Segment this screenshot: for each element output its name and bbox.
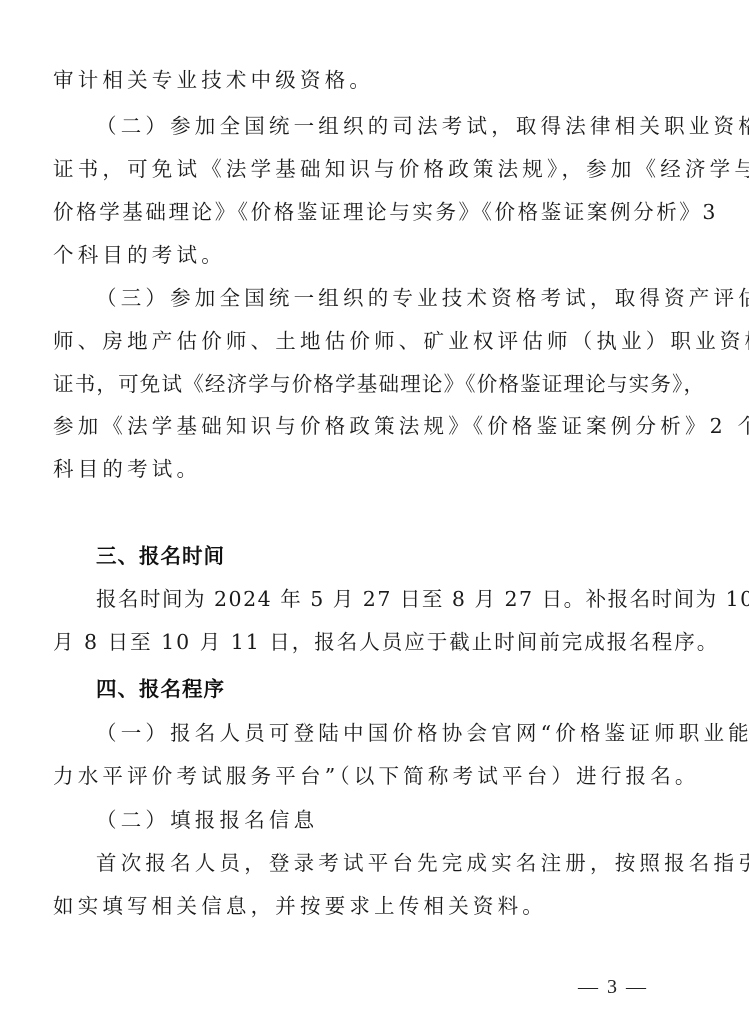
paragraph-line: 报名时间为 2024 年 5 月 27 日至 8 月 27 日。补报名时间为 1… xyxy=(96,585,693,613)
paragraph-line: 科目的考试。 xyxy=(53,455,693,483)
paragraph-line: 审计相关专业技术中级资格。 xyxy=(53,66,693,94)
paragraph-line: 证书，可免试《经济学与价格学基础理论》《价格鉴证理论与实务》， xyxy=(53,370,693,398)
paragraph-line: 首次报名人员，登录考试平台先完成实名注册，按照报名指引 xyxy=(96,849,693,877)
paragraph-line: 如实填写相关信息，并按要求上传相关资料。 xyxy=(53,892,693,920)
paragraph-line: （一）报名人员可登陆中国价格协会官网“价格鉴证师职业能 xyxy=(96,719,693,747)
paragraph-line: （三）参加全国统一组织的专业技术资格考试，取得资产评估 xyxy=(96,284,693,312)
paragraph-line: 个科目的考试。 xyxy=(53,241,693,269)
paragraph-line: （二）参加全国统一组织的司法考试，取得法律相关职业资格 xyxy=(96,112,693,140)
section-heading: 四、报名程序 xyxy=(96,675,225,703)
paragraph-line: 证书，可免试《法学基础知识与价格政策法规》，参加《经济学与 xyxy=(53,155,693,183)
paragraph-line: 价格学基础理论》《价格鉴证理论与实务》《价格鉴证案例分析》3 xyxy=(53,198,693,226)
sub-heading: （二）填报报名信息 xyxy=(96,806,693,834)
paragraph-line: 月 8 日至 10 月 11 日，报名人员应于截止时间前完成报名程序。 xyxy=(53,628,638,656)
page-number: — 3 — xyxy=(578,973,648,1001)
paragraph-line: 参加《法学基础知识与价格政策法规》《价格鉴证案例分析》2 个 xyxy=(53,412,693,440)
paragraph-line: 力水平评价考试服务平台”（以下简称考试平台）进行报名。 xyxy=(53,762,693,790)
section-heading: 三、报名时间 xyxy=(96,542,225,570)
paragraph-line: 师、房地产估价师、土地估价师、矿业权评估师（执业）职业资格 xyxy=(53,327,693,355)
